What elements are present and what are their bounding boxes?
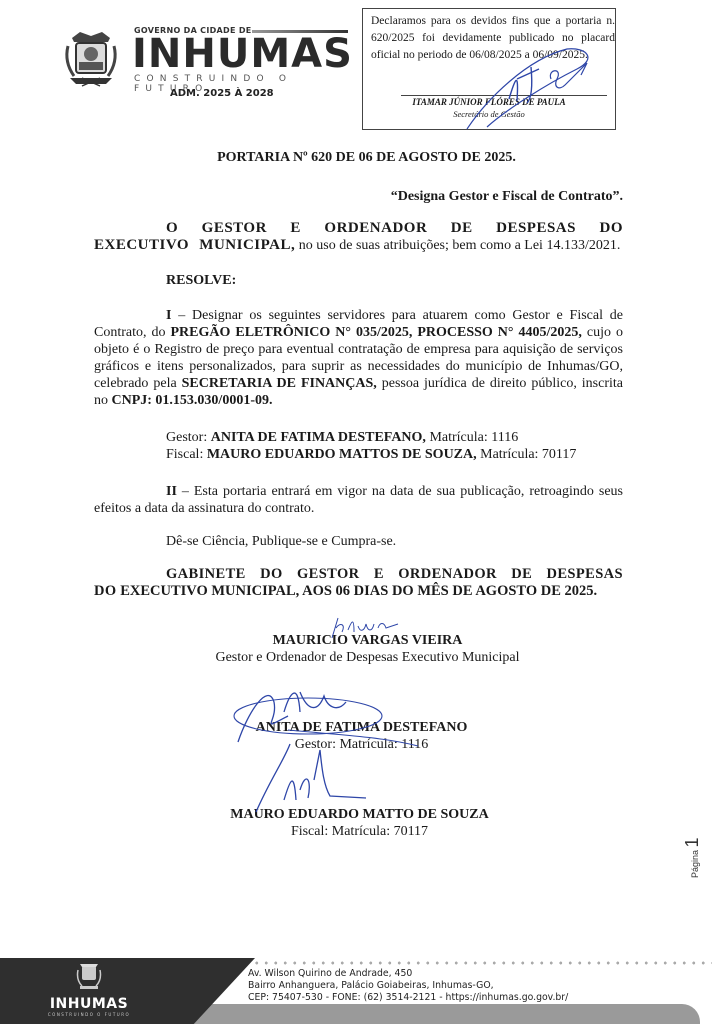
closing-formula: Dê-se Ciência, Publique-se e Cumpra-se.: [166, 534, 396, 550]
gabinete-line-2: EXECUTIVO MUNICIPAL, AOS 06 DIAS DO MÊS …: [120, 583, 597, 599]
signer-title: Gestor e Ordenador de Despesas Executivo…: [16, 649, 719, 666]
administration-period: ADM. 2025 À 2028: [170, 88, 274, 99]
coat-of-arms-icon: [60, 28, 122, 90]
signature-line: [401, 95, 607, 96]
stamp-signer-role: Secretário de Gestão: [363, 109, 615, 119]
footer-brand-sub: CONSTRUINDO O FUTURO: [44, 1012, 134, 1017]
article-one: I – Designar os seguintes servidores par…: [94, 307, 623, 409]
article-two: II – Esta portaria entrará em vigor na d…: [94, 483, 623, 517]
footer-brand: INHUMAS: [44, 996, 134, 1012]
publication-stamp: Declaramos para os devidos fins que a po…: [362, 8, 616, 130]
signature-block-inspector: MAURO EDUARDO MATTO DE SOUZA Fiscal: Mat…: [0, 806, 719, 840]
official-role: Gestor:: [166, 430, 211, 445]
document-title: PORTARIA Nº 620 DE 06 DE AGOSTO DE 2025.: [0, 150, 719, 166]
signature-block-manager: ANITA DE FATIMA DESTEFANO Gestor: Matríc…: [0, 719, 719, 753]
signer-name: MAURO EDUARDO MATTO DE SOUZA: [0, 806, 719, 823]
official-registration: Matrícula: 70117: [477, 447, 577, 462]
document-subtitle: “Designa Gestor e Fiscal de Contrato”.: [391, 189, 623, 205]
page-number-value: 1: [682, 837, 702, 847]
signature-block-mayor: MAURICIO VARGAS VIEIRA Gestor e Ordenado…: [0, 632, 719, 666]
intro-paragraph: O GESTOR E ORDENADOR DE DESPESAS DO EXEC…: [94, 220, 623, 254]
official-name: MAURO EDUARDO MATTOS DE SOUZA,: [207, 447, 477, 462]
intro-text: no uso de suas atribuições; bem como a L…: [295, 238, 620, 253]
stamp-declaration: Declaramos para os devidos fins que a po…: [371, 13, 615, 64]
official-role: Fiscal:: [166, 447, 207, 462]
signer-name: ANITA DE FATIMA DESTEFANO: [4, 719, 719, 736]
official-name: ANITA DE FATIMA DESTEFANO,: [211, 430, 426, 445]
footer: INHUMAS CONSTRUINDO O FUTURO Av. Wilson …: [0, 958, 719, 1024]
officials-list: Gestor: ANITA DE FATIMA DESTEFANO, Matrí…: [166, 429, 576, 463]
page-label: Página: [690, 847, 700, 878]
footer-address: Av. Wilson Quirino de Andrade, 450 Bairr…: [248, 968, 568, 1004]
article-two-label: II: [166, 484, 177, 499]
official-registration: Matrícula: 1116: [426, 430, 518, 445]
cnpj-number: CNPJ: 01.153.030/0001-09.: [112, 393, 273, 408]
decorative-dots: [252, 960, 712, 966]
signer-name: MAURICIO VARGAS VIEIRA: [16, 632, 719, 649]
official-manager: Gestor: ANITA DE FATIMA DESTEFANO, Matrí…: [166, 429, 576, 446]
inhumas-logo: GOVERNO DA CIDADE DE INHUMAS CONSTRUINDO…: [52, 22, 352, 102]
gabinete-paragraph: GABINETE DO GESTOR E ORDENADOR DE DESPES…: [94, 566, 623, 600]
resolve-heading: RESOLVE:: [166, 273, 236, 289]
official-inspector: Fiscal: MAURO EDUARDO MATTOS DE SOUZA, M…: [166, 446, 576, 463]
footer-logo: INHUMAS CONSTRUINDO O FUTURO: [44, 960, 134, 1017]
secretariat-name: SECRETARIA DE FINANÇAS,: [182, 376, 377, 391]
signer-title: Gestor: Matrícula: 1116: [4, 736, 719, 753]
stamp-signer-name: ITAMAR JÚNIOR FLÓRES DE PAULA: [363, 97, 615, 107]
address-line: Bairro Anhanguera, Palácio Goiabeiras, I…: [248, 980, 568, 992]
address-line: Av. Wilson Quirino de Andrade, 450: [248, 968, 568, 980]
coat-of-arms-icon: [76, 960, 102, 992]
tender-reference: PREGÃO ELETRÔNICO N° 035/2025, PROCESSO …: [170, 325, 581, 340]
signer-title: Fiscal: Matrícula: 70117: [0, 823, 719, 840]
page-number: Página 1: [682, 837, 703, 878]
brand-name: INHUMAS: [132, 32, 353, 76]
contact-line: CEP: 75407-530 - FONE: (62) 3514-2121 - …: [248, 992, 568, 1004]
